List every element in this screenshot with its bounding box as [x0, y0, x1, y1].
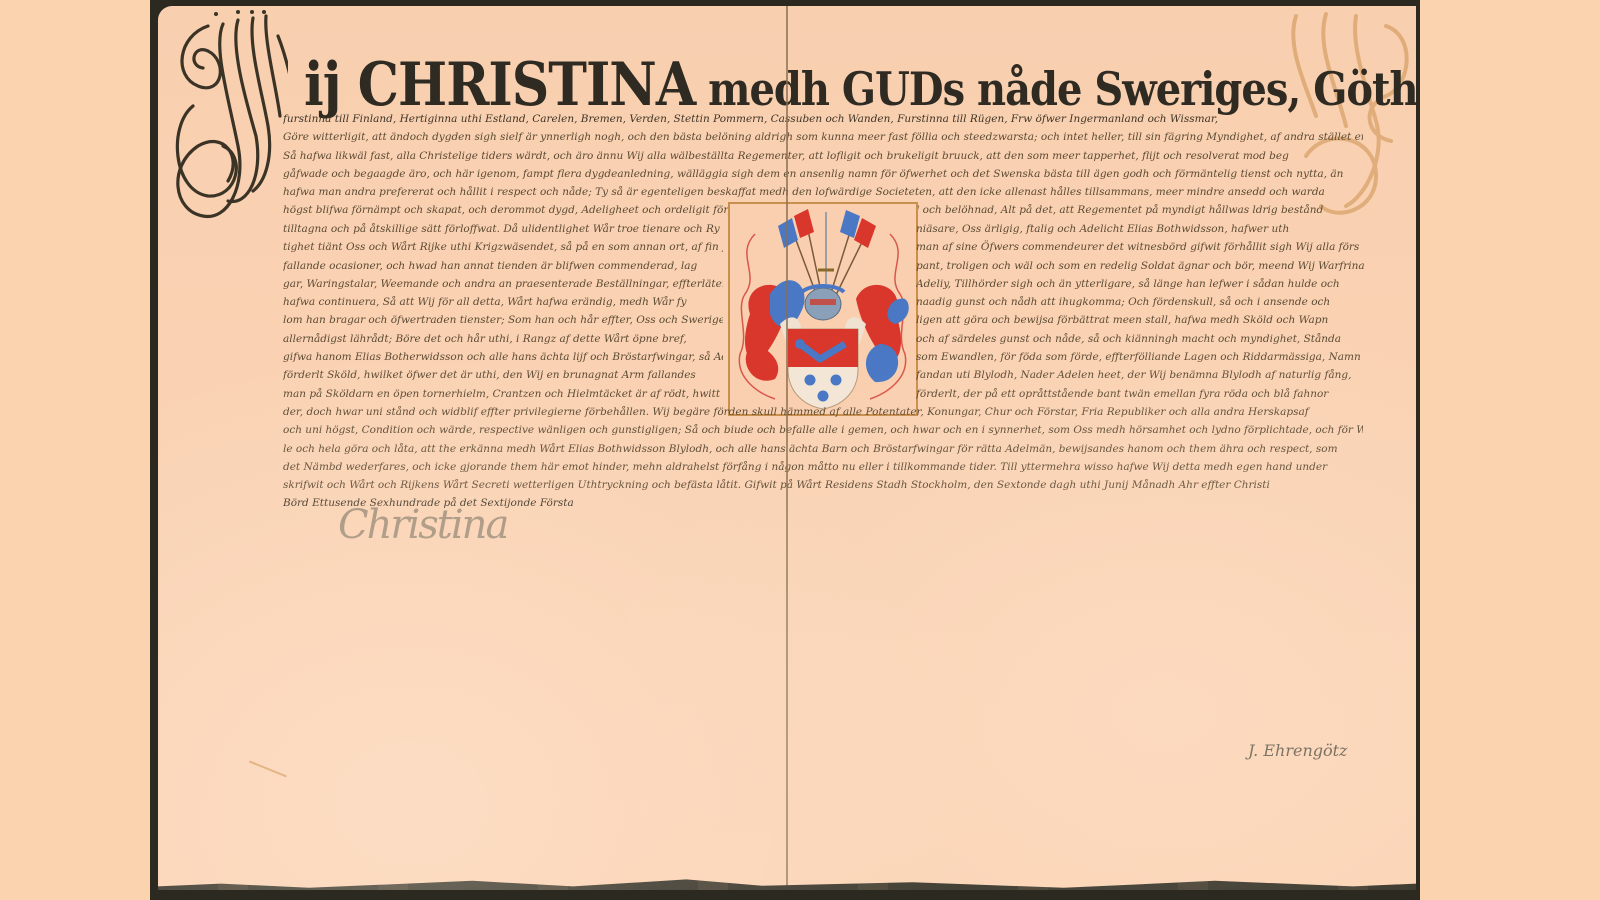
- text-line: gåfwade och begaagde äro, och här igenom…: [283, 165, 1363, 183]
- text-line: gifwa hanom Elias Botherwidsson och alle…: [283, 348, 723, 366]
- title-rest: medh GUDs nåde Sweriges, Göthes och Wänd…: [695, 63, 1416, 117]
- text-line: det Nämbd wederfares, och icke gjorande …: [283, 458, 1363, 476]
- text-line: fallande ocasioner, och hwad han annat t…: [283, 257, 723, 275]
- document-sheet: ij CHRISTINA medh GUDs nåde Sweriges, Gö…: [150, 0, 1420, 900]
- text-line: Så hafwa likwäl fast, alla Christelige t…: [283, 147, 1363, 165]
- text-line: pant, troligen och wäl och som en redeli…: [916, 257, 1364, 275]
- body-text-right: niäsare, Oss ärligig, ftalig och Adelich…: [916, 220, 1364, 403]
- text-line: och uni högst, Condition och wärde, resp…: [283, 421, 1363, 439]
- text-line: le och hela göra och låta, att the erkän…: [283, 440, 1363, 458]
- text-line: man på Sköldarn en öpen tornerhielm, Cra…: [283, 385, 723, 403]
- ink-stroke-mark: [249, 761, 287, 778]
- body-text-left: tilltagna och på åtskillige sätt förloff…: [283, 220, 723, 403]
- text-line: allernådigst lährådt; Böre det och hår u…: [283, 330, 723, 348]
- text-line: skrifwit och Wårt och Rijkens Wårt Secre…: [283, 476, 1363, 494]
- text-line: lom han bragar och öfwertraden tienster;…: [283, 311, 723, 329]
- text-line: hafwa man andra prefererat och hållit i …: [283, 183, 1363, 201]
- countersignature: J. Ehrengötz: [1248, 741, 1347, 760]
- text-line: och af särdeles gunst och nåde, så och k…: [916, 330, 1364, 348]
- text-line: förderlt, der på ett opråttstående bant …: [916, 385, 1364, 403]
- text-line: naadig gunst och nådh att ihugkomma; Och…: [916, 293, 1364, 311]
- text-line: der, doch hwar uni stånd och widblif eff…: [283, 403, 1363, 421]
- text-line: Adeliy, Tillhörder sigh och än ytterliga…: [916, 275, 1364, 293]
- text-line: man af sine Öfwers commendeurer det witn…: [916, 238, 1364, 256]
- text-line: ligen att göra och bewijsa förbättrat me…: [916, 311, 1364, 329]
- intro-line: furstinna till Finland, Hertiginna uthi …: [283, 110, 1363, 128]
- parchment: ij CHRISTINA medh GUDs nåde Sweriges, Gö…: [158, 6, 1416, 890]
- calligraphic-initial-w-icon: [168, 6, 288, 236]
- coat-of-arms: [728, 202, 918, 416]
- text-line: tighet tiänt Oss och Wårt Rijke uthi Kri…: [283, 238, 723, 256]
- text-line: hafwa continuera, Så att Wij för all det…: [283, 293, 723, 311]
- text-line: Göre witterligit, att ändoch dygden sigh…: [283, 128, 1363, 146]
- text-line: niäsare, Oss ärligig, ftalig och Adelich…: [916, 220, 1364, 238]
- center-fold-line: [786, 6, 788, 890]
- text-line: gar, Waringstalar, Weemande och andra an…: [283, 275, 723, 293]
- text-line: tilltagna och på åtskillige sätt förloff…: [283, 220, 723, 238]
- coat-of-arms-icon: [730, 204, 916, 414]
- text-line: förderlt Sköld, hwilket öfwer det är uth…: [283, 366, 723, 384]
- signature-christina: Christina: [338, 502, 507, 548]
- body-text-lower: der, doch hwar uni stånd och widblif eff…: [283, 403, 1363, 513]
- text-line: fandan uti Blylodh, Nader Adelen heet, d…: [916, 366, 1364, 384]
- image-viewer: ij CHRISTINA medh GUDs nåde Sweriges, Gö…: [0, 0, 1600, 900]
- text-line: som Ewandlen, för föda som förde, effter…: [916, 348, 1364, 366]
